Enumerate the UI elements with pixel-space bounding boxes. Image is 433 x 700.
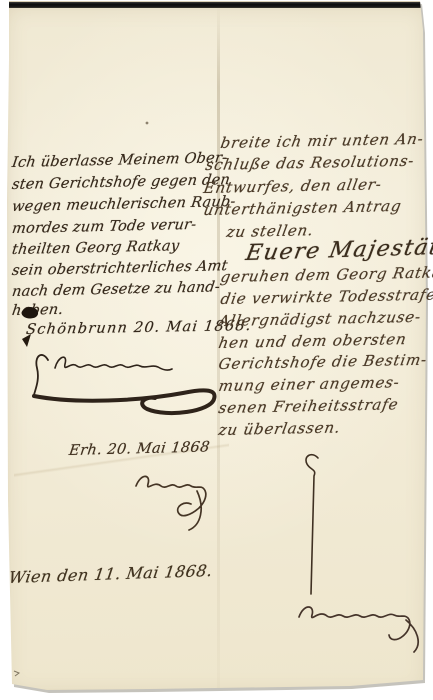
proposal-line: breite ich mir unten An-: [219, 132, 425, 151]
proposal-line: Allergnädigst nachzuse-: [217, 310, 422, 329]
paper-crease: [14, 428, 229, 492]
proposal-line: zu überlassen.: [217, 420, 341, 438]
binding-edge-bar: [8, 2, 421, 8]
proposal-line: hen und dem obersten: [217, 332, 407, 351]
proposal-line: die verwirkte Todesstrafe: [219, 288, 433, 307]
resolution-line: haben.: [11, 303, 64, 319]
proposal-line: mung einer angemes-: [217, 375, 401, 394]
proposal-line: zu stellen.: [225, 223, 315, 240]
proposal-line: senen Freiheitsstrafe: [217, 397, 399, 416]
proposal-line: Entwurfes, den aller-: [202, 177, 383, 196]
proposal-line: Gerichtshofe die Bestim-: [217, 353, 428, 372]
proposal-line: unterthänigsten Antrag: [202, 199, 402, 218]
proposal-line: schluße das Resolutions-: [204, 154, 415, 173]
scanned-document-page: Ich überlasse Meinem Ober- sten Gerichts…: [0, 0, 433, 700]
majestaet-heading: Euere Majestät: [244, 237, 433, 265]
received-note: Erh. 20. Mai 1868: [68, 440, 211, 458]
proposal-line: geruhen dem Georg Ratkay: [219, 265, 433, 285]
